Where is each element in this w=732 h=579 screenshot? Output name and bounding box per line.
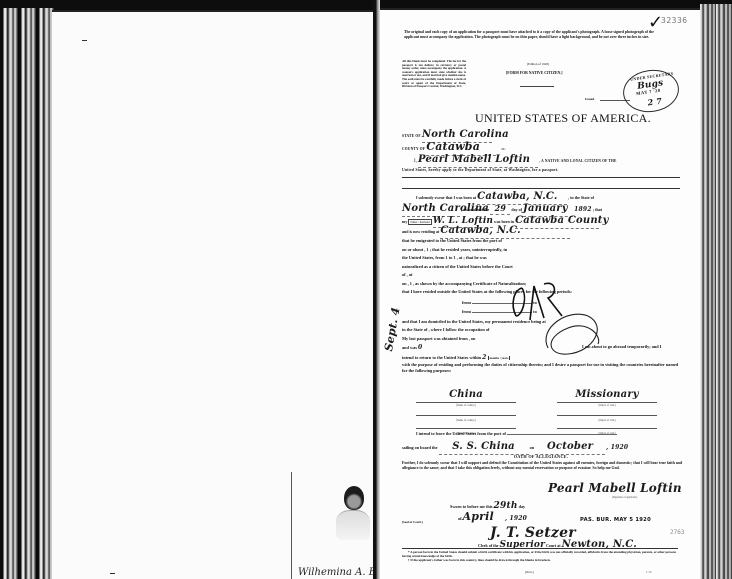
of-label: of (458, 516, 462, 521)
residing-label: and is now residing at (402, 229, 439, 234)
leave-port-value (507, 431, 617, 435)
divider (402, 188, 680, 189)
caption: (Name of country.) (416, 404, 516, 408)
applicant-name: Pearl Mabell Loftin (418, 153, 538, 168)
book-gutter (373, 0, 380, 579)
sworn-prefix: Sworn to before me this (450, 504, 493, 509)
from-label: from (462, 300, 471, 305)
sailing-row: sailing on board the S. S. China on Octo… (402, 440, 672, 455)
issued-label: Issued (585, 97, 594, 102)
right-page-edges (700, 4, 732, 579)
apply-text: United States, hereby apply to the Depar… (402, 168, 559, 172)
footnote: † If the applicant's father was born in … (402, 558, 678, 562)
caption-row: (Name of country.) (Object of visit.) (416, 402, 676, 408)
under-secretary-stamp: UNDER SECRETARY Bugs MAY 7 '20 2 7 (620, 66, 681, 115)
left-page-edges (0, 8, 56, 579)
form-type: [FORM FOR NATIVE CITIZEN.] (506, 71, 562, 76)
photo-portrait (336, 486, 370, 546)
that-label: ; that (593, 207, 602, 212)
on-label: on (530, 445, 534, 450)
return-value: 2 (482, 354, 486, 361)
and-was-label: and was (402, 345, 417, 350)
margin-number: 2763 (670, 529, 684, 537)
return-purpose-text: with the purpose of residing and perform… (402, 362, 680, 373)
sworn-year: , 1920 (505, 515, 527, 522)
return-prefix: intend to return to the United States wi… (402, 355, 481, 360)
applicant-suffix: , a Native and Loyal Citizen of the (539, 159, 617, 163)
sworn-month-row: of April , 1920 (458, 510, 527, 525)
filed-stamp: PAS. BUR. MAY 5 1920 (580, 517, 651, 524)
leave-port-row: I intend to leave the United States from… (416, 431, 686, 437)
oath-title: OATH OF ALLEGIANCE. (380, 454, 702, 460)
seal-label: [Seal of Court.] (402, 520, 423, 524)
applicant-line2: United States, hereby apply to the Depar… (402, 167, 672, 173)
caption: (Name of country.) (416, 419, 516, 423)
form-edition: (Edition of 1920) (527, 62, 549, 66)
footnote: * A person born in the United States sho… (402, 550, 678, 558)
destination-purpose (557, 410, 657, 416)
caption: (Object of visit.) (557, 404, 657, 408)
title-text: UNITED STATES OF AMERICA. (475, 111, 651, 125)
divider (402, 177, 680, 178)
residence-value: Catawba, N.C. (440, 224, 570, 239)
day-of-label: day of (511, 207, 522, 212)
handwritten-scribble (538, 308, 608, 358)
departure-year: , 1920 (606, 444, 628, 451)
state-of-label: , in the State of (568, 195, 594, 200)
oath-text: Further, I do solemnly swear that I will… (402, 461, 682, 471)
sworn-month-value: April (463, 510, 494, 523)
applicant-row: I, Pearl Mabell Loftin , a Native and Lo… (414, 153, 684, 168)
leave-text: I intend to leave the United States from… (416, 431, 506, 436)
footnotes: * A person born in the United States sho… (402, 548, 678, 562)
destination-country: China (416, 388, 516, 403)
country-value: China (449, 389, 483, 400)
divider (520, 86, 554, 87)
return-units: months / years (488, 356, 511, 360)
notice-box: All this blank must be completed. The fe… (402, 60, 466, 89)
destination-country (416, 423, 516, 429)
photo-head (344, 486, 364, 510)
blank-line: that he emigrated to the United States f… (402, 238, 680, 244)
applicant-signature: Pearl Mabell Loftin (548, 480, 682, 496)
page-code: 1-16 (646, 570, 652, 574)
residence-row: and is now residing at Catawba, N.C. (402, 224, 672, 239)
destination-country (416, 410, 516, 416)
vessel-value: S. S. China (439, 440, 529, 455)
from-label: from (462, 309, 471, 314)
right-page: ✓ 32336 The original and each copy of an… (380, 8, 702, 579)
document-title: UNITED STATES OF AMERICA. (380, 110, 702, 126)
book-spread: Wilhemina A. Brennan ✓ 32336 The origina… (0, 0, 732, 579)
birth-year-value: 1892 (574, 206, 592, 213)
sworn-born-label: I solemnly swear that I was born at (416, 195, 476, 200)
over-label: [Over.] (525, 570, 534, 574)
stray-mark (82, 40, 87, 41)
sailing-label: sailing on board the (402, 445, 438, 450)
destination-row: China Missionary (416, 388, 676, 403)
blank-line: naturalized as a citizen of the United S… (402, 264, 680, 270)
on-about-label: , on or about the (461, 207, 489, 212)
destination-purpose: Missionary (557, 388, 657, 403)
state-label: State of (402, 134, 421, 138)
stray-mark (110, 573, 115, 574)
purpose-value: Missionary (575, 389, 638, 400)
destination-purpose (557, 423, 657, 429)
departure-date-value: October (535, 440, 605, 455)
applicant-prefix: I, (414, 159, 417, 164)
caption: (Object of visit.) (557, 419, 657, 423)
blank-line: the United States, from 1 to 1 , at ; th… (402, 255, 680, 261)
county-label: County of (402, 147, 425, 151)
intro-instructions: The original and each copy of an applica… (404, 30, 654, 39)
left-page: Wilhemina A. Brennan (52, 10, 375, 579)
photo-body (336, 510, 370, 540)
file-number: 32336 (661, 16, 688, 27)
ss-label: ss: (501, 146, 505, 151)
sworn-day-suffix: day (519, 504, 526, 509)
signature-caption: (Signature of applicant.) (612, 496, 637, 500)
stamp-number: 2 7 (647, 96, 663, 109)
blank-line: on or about , 1 ; that he resided years,… (402, 247, 680, 253)
passport-status-value: 0 (418, 344, 422, 351)
passport-application-form: ✓ 32336 The original and each copy of an… (380, 10, 702, 579)
marginal-note: Sept. 4 (382, 306, 404, 352)
